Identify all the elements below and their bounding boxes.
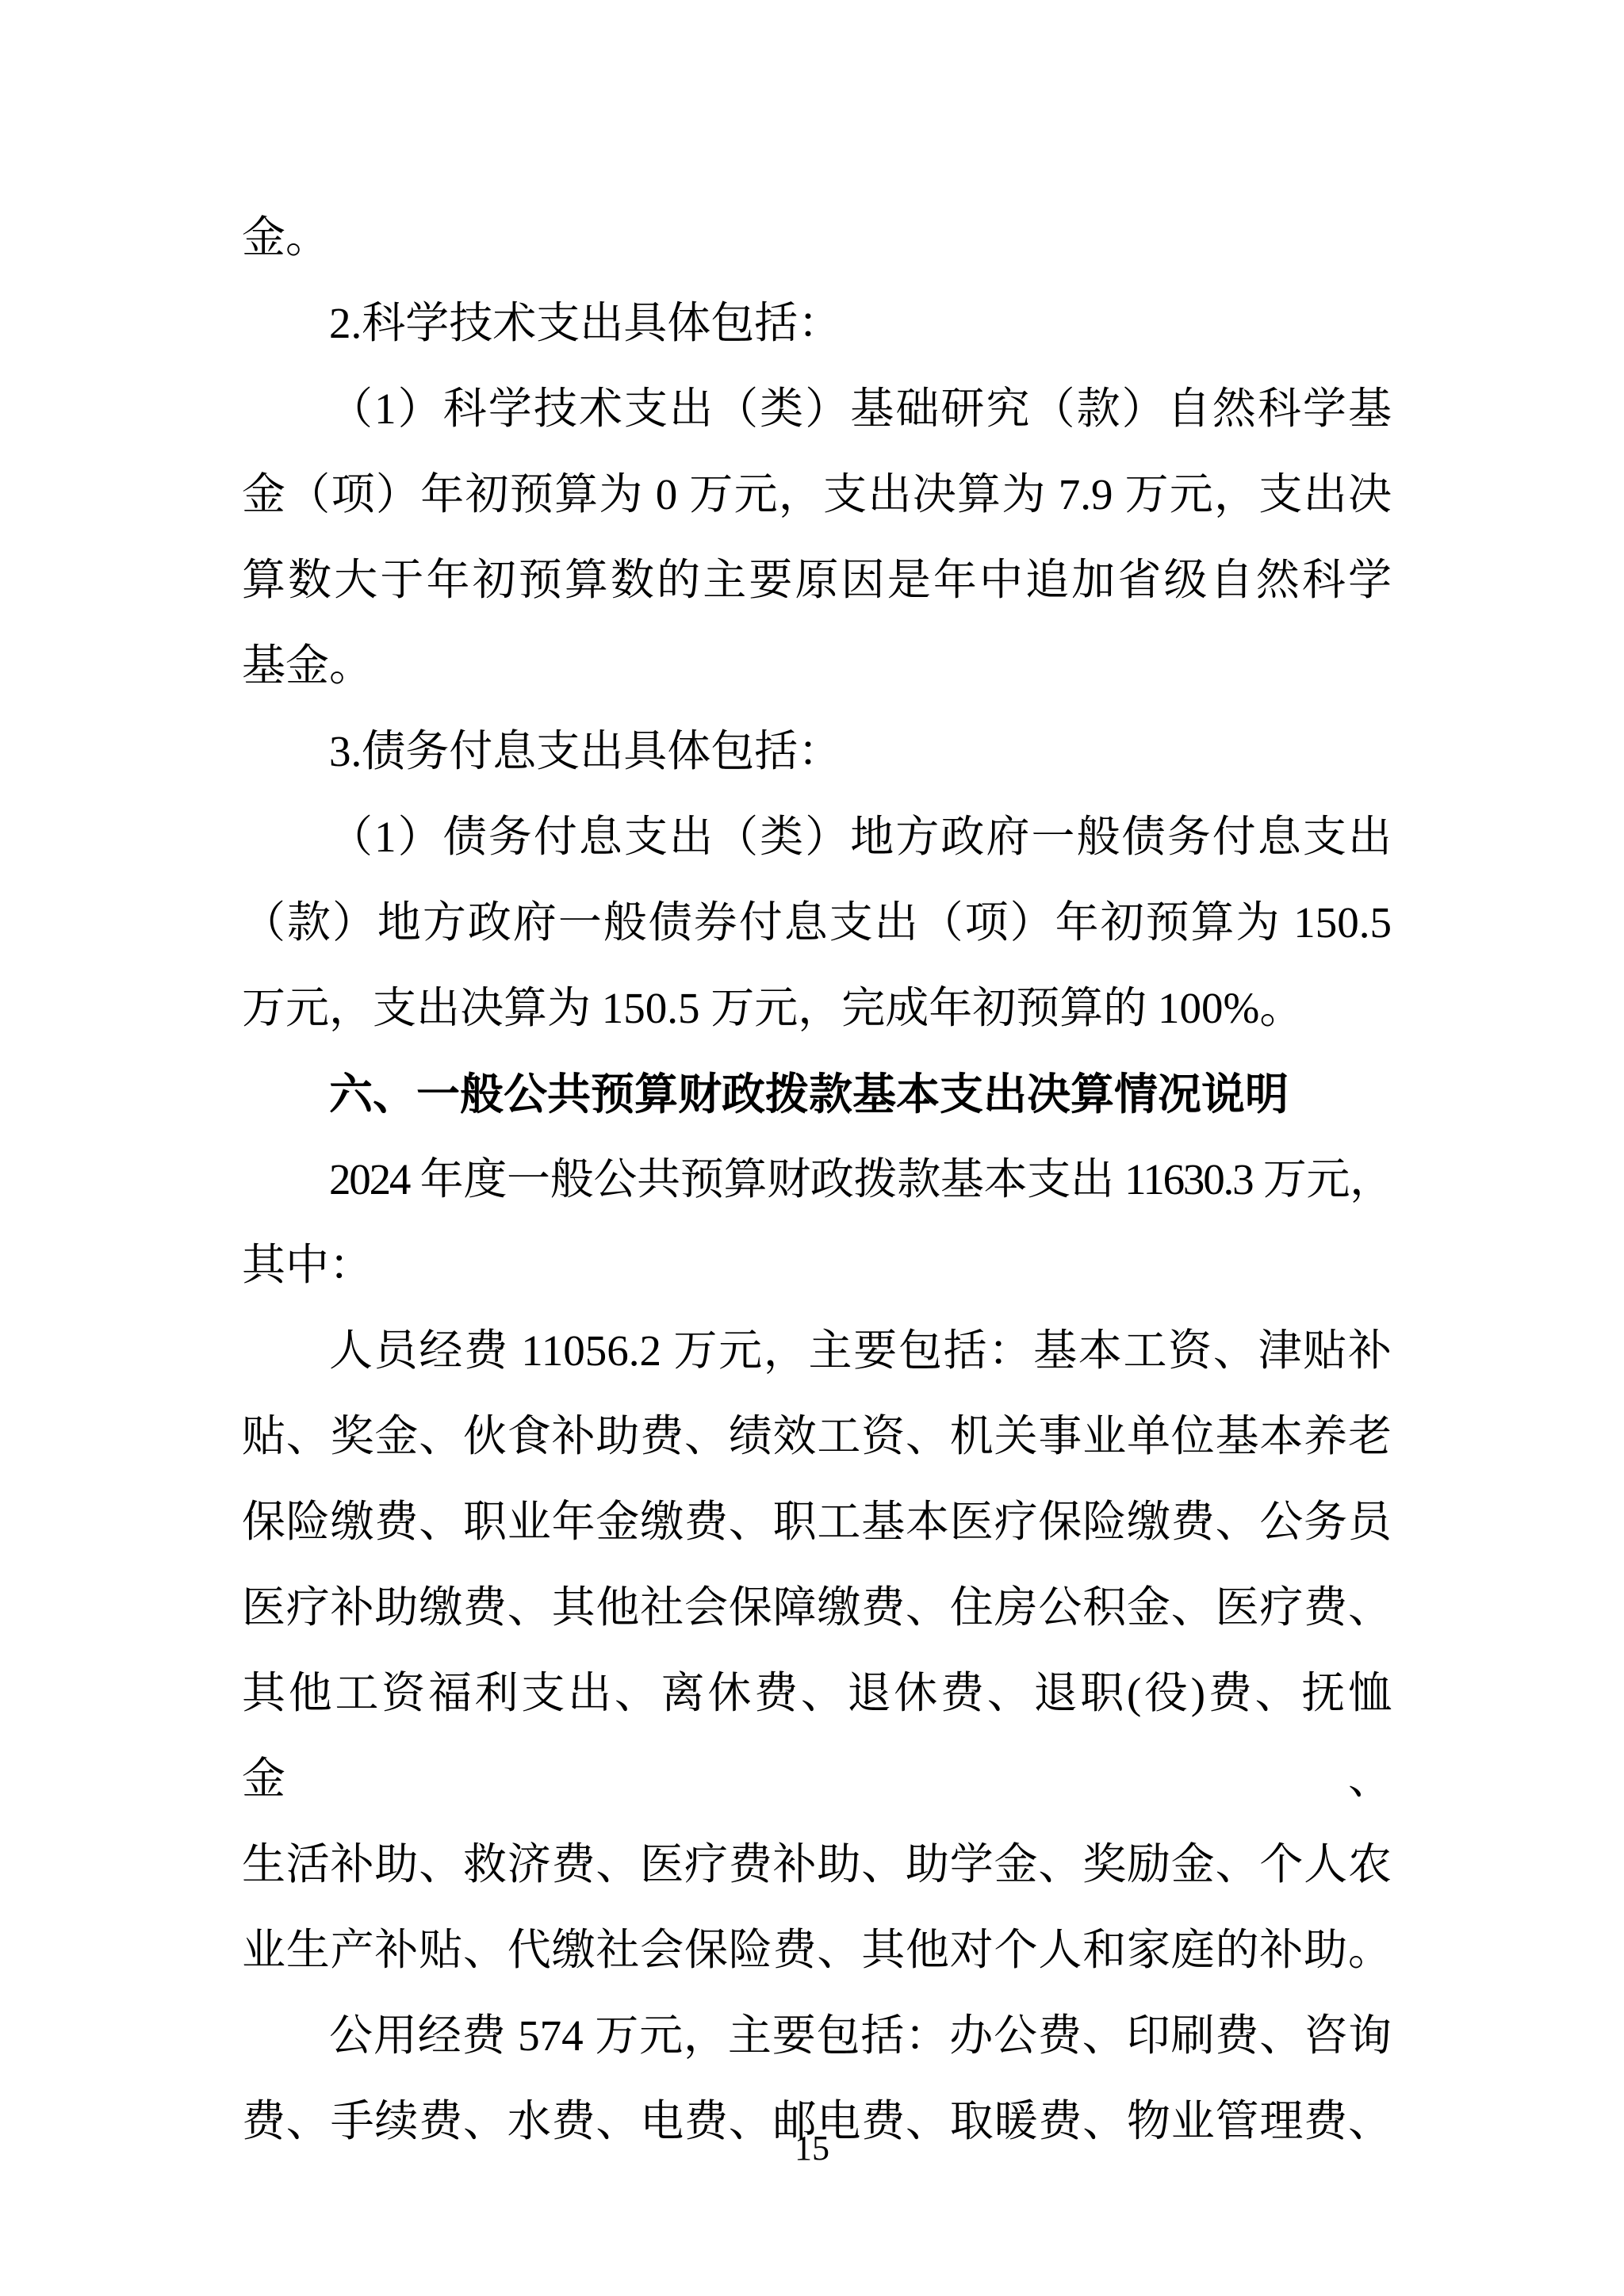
document-body: 金。2.科学技术支出具体包括：（1）科学技术支出（类）基础研究（款）自然科学基金… xyxy=(242,195,1392,2164)
text-line: 基金。 xyxy=(242,623,1392,709)
text-line: 贴、奖金、伙食补助费、绩效工资、机关事业单位基本养老 xyxy=(242,1394,1392,1479)
text-line: 金（项）年初预算为 0 万元，支出决算为 7.9 万元，支出决 xyxy=(242,452,1392,538)
text-line: 保险缴费、职业年金缴费、职工基本医疗保险缴费、公务员 xyxy=(242,1479,1392,1565)
page-footer: 15 xyxy=(0,2130,1624,2168)
text-line: （款）地方政府一般债券付息支出（项）年初预算为 150.5 xyxy=(242,880,1392,966)
text-line: 其他工资福利支出、离休费、退休费、退职(役)费、抚恤金、 xyxy=(242,1651,1392,1822)
text-line: 金。 xyxy=(242,195,1392,281)
document-page: 金。2.科学技术支出具体包括：（1）科学技术支出（类）基础研究（款）自然科学基金… xyxy=(0,0,1624,2296)
text-line: （1）科学技术支出（类）基础研究（款）自然科学基 xyxy=(242,366,1392,452)
text-line: 万元，支出决算为 150.5 万元，完成年初预算的 100%。 xyxy=(242,966,1392,1051)
text-line: 医疗补助缴费、其他社会保障缴费、住房公积金、医疗费、 xyxy=(242,1565,1392,1651)
text-line: 3.债务付息支出具体包括： xyxy=(242,709,1392,794)
section-heading: 六、一般公共预算财政拨款基本支出决算情况说明 xyxy=(242,1051,1392,1137)
text-line: 业生产补贴、代缴社会保险费、其他对个人和家庭的补助。 xyxy=(242,1908,1392,1993)
text-line: 算数大于年初预算数的主要原因是年中追加省级自然科学 xyxy=(242,538,1392,623)
text-line: 公用经费 574 万元，主要包括：办公费、印刷费、咨询 xyxy=(242,1993,1392,2079)
text-line: 2024 年度一般公共预算财政拨款基本支出 11630.3 万元， xyxy=(242,1137,1392,1223)
text-line: 2.科学技术支出具体包括： xyxy=(242,281,1392,366)
text-line: 其中： xyxy=(242,1223,1392,1308)
text-line: （1）债务付息支出（类）地方政府一般债务付息支出 xyxy=(242,794,1392,880)
text-line: 生活补助、救济费、医疗费补助、助学金、奖励金、个人农 xyxy=(242,1822,1392,1908)
text-line: 人员经费 11056.2 万元，主要包括：基本工资、津贴补 xyxy=(242,1308,1392,1394)
page-number: 15 xyxy=(795,2129,829,2168)
